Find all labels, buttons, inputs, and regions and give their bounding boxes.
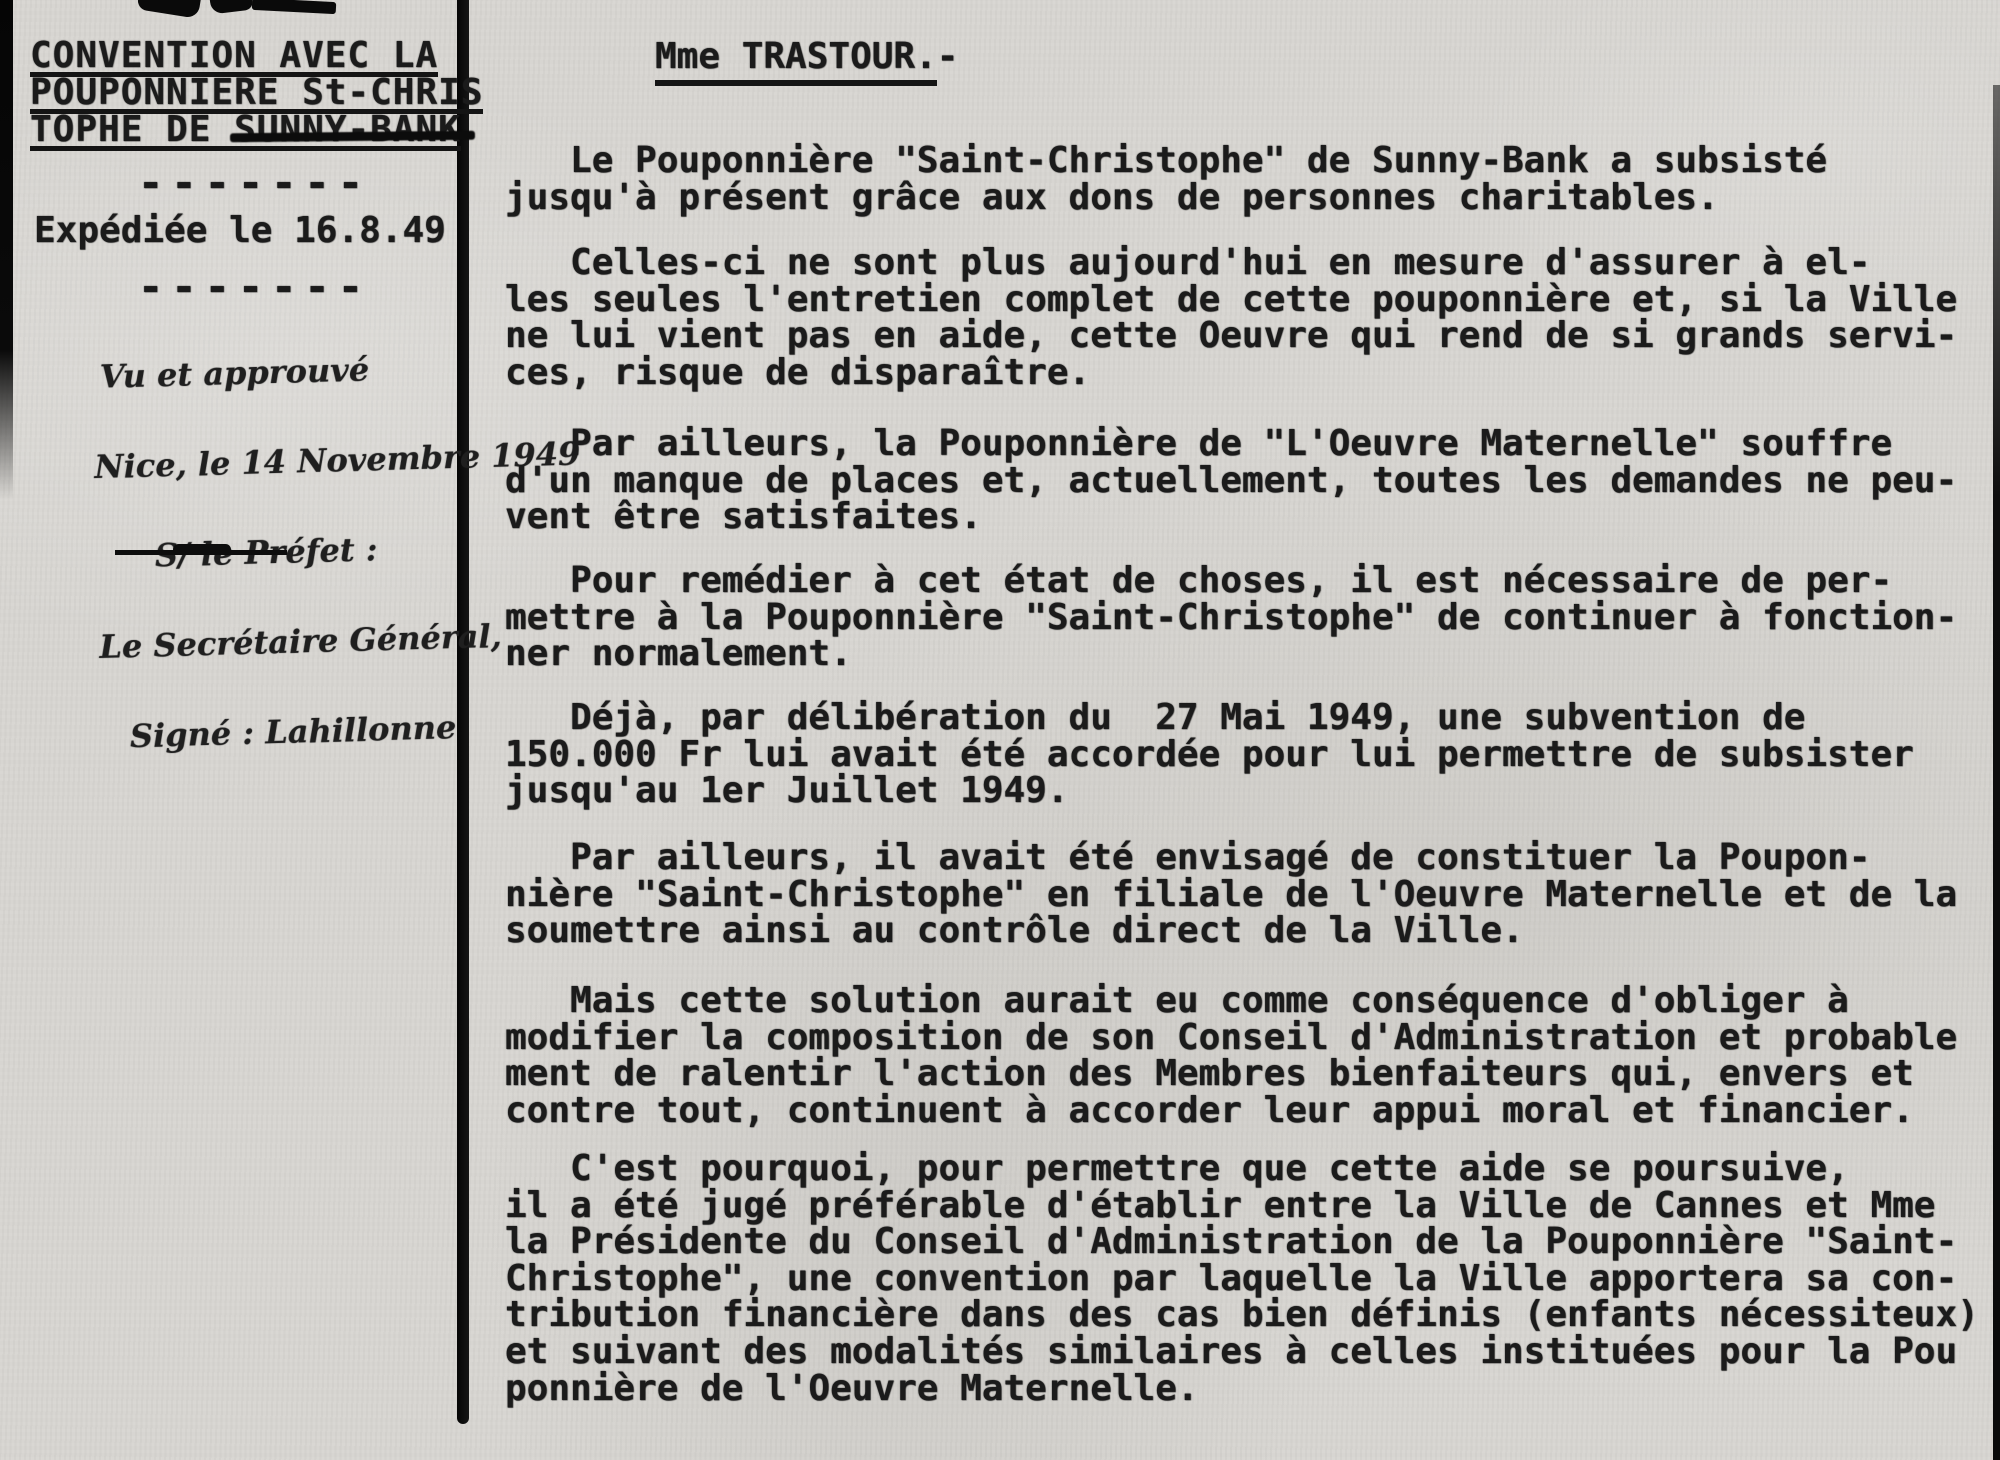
body-paragraph: Mais cette solution aurait eu comme cons… [505, 983, 1957, 1129]
addressee-dash: - [937, 36, 959, 77]
body-paragraph: Celles-ci ne sont plus aujourd'hui en me… [505, 245, 1957, 391]
scanned-document-page: CONVENTION AVEC LA POUPONNIERE St-CHRIS … [0, 0, 2000, 1460]
scan-edge-artifact-left [0, 0, 13, 500]
dash-separator: ------- [138, 158, 371, 207]
body-paragraph: Par ailleurs, la Pouponnière de "L'Oeuvr… [505, 426, 1957, 536]
cropped-handwriting-mark [252, 0, 337, 14]
scan-edge-artifact-right [1993, 85, 2000, 1460]
closing-rule [115, 550, 287, 555]
cropped-handwriting-mark [209, 0, 254, 14]
handwriting-line: Signé : Lahillonne [101, 708, 456, 756]
closing-rule-blob [173, 544, 231, 555]
handwriting-line: Vu et approuvé [91, 350, 369, 396]
addressee-heading: Mme TRASTOUR.- [655, 36, 958, 86]
margin-divider-line [457, 0, 469, 1424]
body-paragraph: Le Pouponnière "Saint-Christophe" de Sun… [505, 143, 1827, 216]
addressee-name: Mme TRASTOUR. [655, 36, 937, 86]
body-paragraph: Par ailleurs, il avait été envisagé de c… [505, 840, 1957, 950]
dispatch-date-line: Expédiée le 16.8.49 [34, 210, 446, 251]
margin-subject-title: CONVENTION AVEC LA POUPONNIERE St-CHRIS … [30, 40, 483, 151]
body-paragraph: Déjà, par délibération du 27 Mai 1949, u… [505, 700, 1914, 810]
cropped-handwriting-mark [137, 0, 202, 19]
body-paragraph: Pour remédier à cet état de choses, il e… [505, 563, 1957, 673]
body-paragraph: C'est pourquoi, pour permettre que cette… [505, 1151, 1979, 1407]
handwriting-line: Le Secrétaire Général, [99, 617, 502, 666]
